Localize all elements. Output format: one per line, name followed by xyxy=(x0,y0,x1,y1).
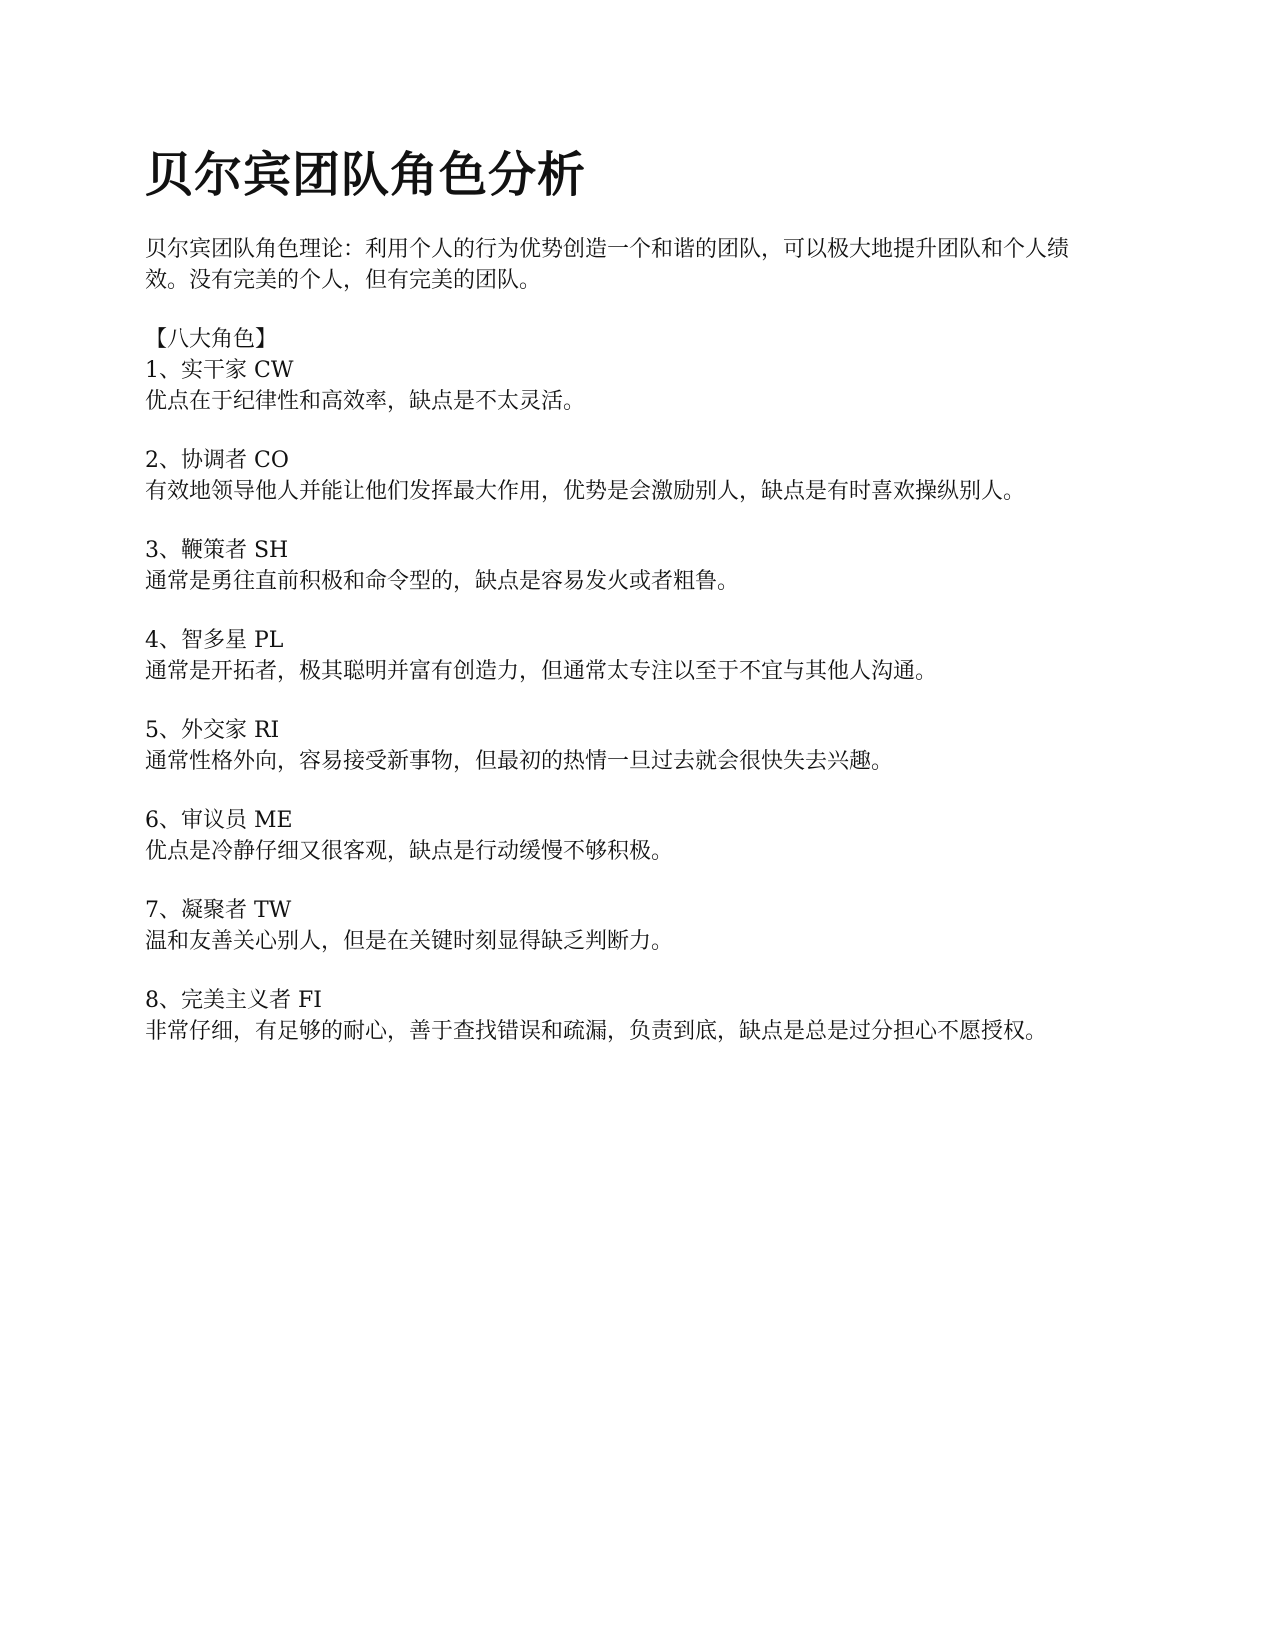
role-item: 1、实干家 CW 优点在于纪律性和高效率，缺点是不太灵活。 xyxy=(145,355,1085,417)
role-desc: 通常性格外向，容易接受新事物，但最初的热情一旦过去就会很快失去兴趣。 xyxy=(145,746,1085,777)
role-name: 3、鞭策者 SH xyxy=(145,535,1085,566)
document-page: 贝尔宾团队角色分析 贝尔宾团队角色理论：利用个人的行为优势创造一个和谐的团队，可… xyxy=(145,140,1085,1075)
role-name: 2、协调者 CO xyxy=(145,445,1085,476)
role-item: 2、协调者 CO 有效地领导他人并能让他们发挥最大作用，优势是会激励别人，缺点是… xyxy=(145,445,1085,507)
role-name: 8、完美主义者 FI xyxy=(145,985,1085,1016)
role-desc: 优点是冷静仔细又很客观，缺点是行动缓慢不够积极。 xyxy=(145,836,1085,867)
role-item: 4、智多星 PL 通常是开拓者，极其聪明并富有创造力，但通常太专注以至于不宜与其… xyxy=(145,625,1085,687)
role-desc: 有效地领导他人并能让他们发挥最大作用，优势是会激励别人，缺点是有时喜欢操纵别人。 xyxy=(145,476,1085,507)
role-item: 5、外交家 RI 通常性格外向，容易接受新事物，但最初的热情一旦过去就会很快失去… xyxy=(145,715,1085,777)
role-desc: 优点在于纪律性和高效率，缺点是不太灵活。 xyxy=(145,386,1085,417)
role-desc: 通常是勇往直前积极和命令型的，缺点是容易发火或者粗鲁。 xyxy=(145,566,1085,597)
role-item: 7、凝聚者 TW 温和友善关心别人，但是在关键时刻显得缺乏判断力。 xyxy=(145,895,1085,957)
role-item: 6、审议员 ME 优点是冷静仔细又很客观，缺点是行动缓慢不够积极。 xyxy=(145,805,1085,867)
role-name: 5、外交家 RI xyxy=(145,715,1085,746)
role-desc: 通常是开拓者，极其聪明并富有创造力，但通常太专注以至于不宜与其他人沟通。 xyxy=(145,656,1085,687)
role-name: 6、审议员 ME xyxy=(145,805,1085,836)
role-item: 3、鞭策者 SH 通常是勇往直前积极和命令型的，缺点是容易发火或者粗鲁。 xyxy=(145,535,1085,597)
role-item: 8、完美主义者 FI 非常仔细，有足够的耐心，善于查找错误和疏漏，负责到底，缺点… xyxy=(145,985,1085,1047)
role-name: 1、实干家 CW xyxy=(145,355,1085,386)
role-desc: 非常仔细，有足够的耐心，善于查找错误和疏漏，负责到底，缺点是总是过分担心不愿授权… xyxy=(145,1016,1085,1047)
role-name: 7、凝聚者 TW xyxy=(145,895,1085,926)
intro-paragraph: 贝尔宾团队角色理论：利用个人的行为优势创造一个和谐的团队，可以极大地提升团队和个… xyxy=(145,234,1085,296)
role-name: 4、智多星 PL xyxy=(145,625,1085,656)
role-desc: 温和友善关心别人，但是在关键时刻显得缺乏判断力。 xyxy=(145,926,1085,957)
page-title: 贝尔宾团队角色分析 xyxy=(145,140,1085,210)
section-heading: 【八大角色】 xyxy=(145,324,1085,355)
